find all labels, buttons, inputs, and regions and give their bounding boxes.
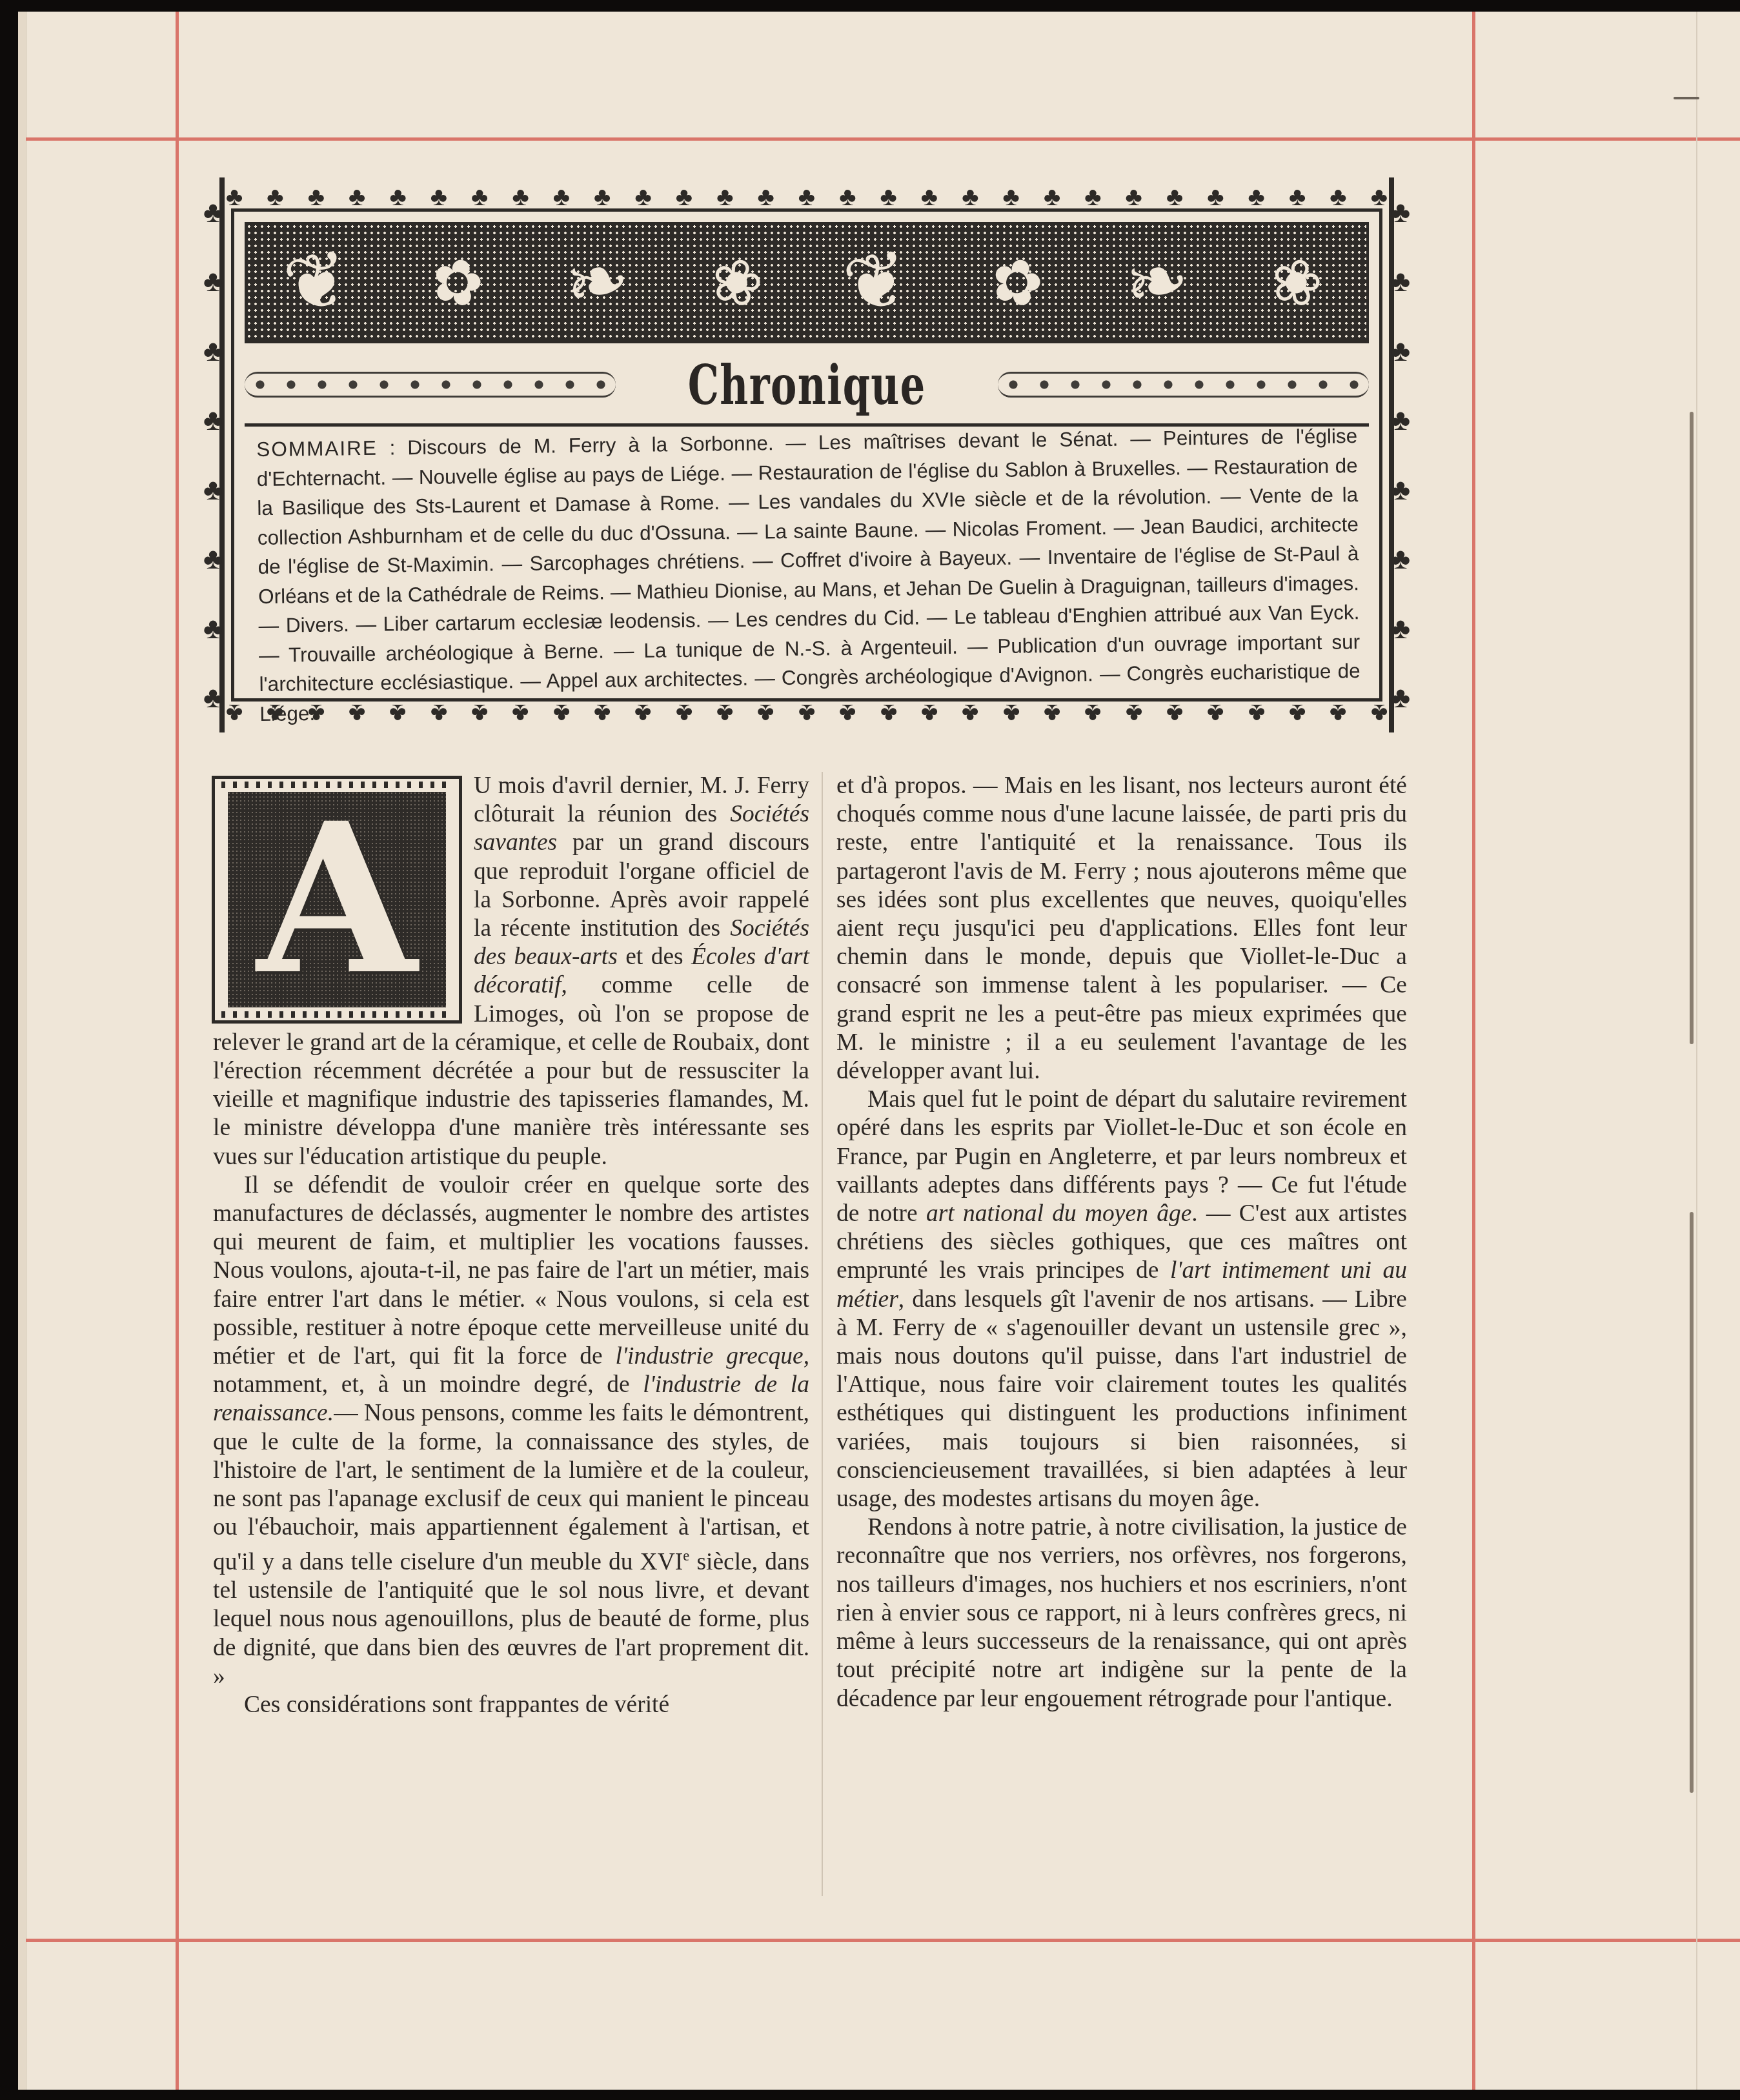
trefoil-icon: ♣ — [1166, 700, 1183, 726]
trefoil-icon: ♣ — [1248, 700, 1265, 726]
trefoil-icon: ♣ — [921, 700, 938, 726]
trefoil-icon: ♣ — [798, 700, 815, 726]
drop-cap-letter: A — [257, 796, 417, 1003]
red-rule-right — [1472, 12, 1475, 2090]
scroll-ornament-left — [245, 372, 616, 398]
article-column-right: et d'à propos. — Mais en les lisant, nos… — [836, 772, 1407, 1713]
floral-ornament-band: ❦✿❧❀❦✿❧❀ — [245, 222, 1369, 343]
trefoil-icon: ♣ — [1330, 184, 1346, 210]
italic-run: art national du moyen âge — [926, 1200, 1191, 1227]
initial-background: A — [228, 792, 446, 1007]
trefoil-icon: ♣ — [676, 700, 693, 726]
trefoil-icon: ♣ — [553, 184, 570, 210]
trefoil-icon: ♣ — [634, 184, 651, 210]
summary-text: : Discours de M. Ferry à la Sorbonne. — … — [257, 424, 1361, 725]
italic-run: l'industrie grecque — [616, 1343, 804, 1369]
trefoil-icon: ♣ — [757, 184, 774, 210]
trefoil-icon: ♣ — [1391, 683, 1410, 712]
paragraph: et d'à propos. — Mais en les lisant, nos… — [836, 772, 1407, 1085]
trefoil-icon: ♣ — [471, 700, 488, 726]
page-gutter-fold — [1696, 12, 1697, 2090]
trefoil-icon: ♣ — [1207, 184, 1224, 210]
trefoil-icon: ♣ — [962, 184, 978, 210]
trefoil-icon: ♣ — [1391, 614, 1410, 643]
trefoil-icon: ♣ — [1289, 700, 1306, 726]
paragraph: Rendons à notre patrie, à notre civilisa… — [836, 1513, 1407, 1713]
trefoil-icon: ♣ — [1126, 184, 1142, 210]
paragraph: Ces considérations sont frappantes de vé… — [213, 1691, 809, 1719]
summary-block: SOMMAIRE : Discours de M. Ferry à la Sor… — [256, 421, 1361, 729]
trefoil-icon: ♣ — [1207, 700, 1224, 726]
trefoil-icon: ♣ — [1084, 184, 1101, 210]
trefoil-icon: ♣ — [1289, 184, 1306, 210]
trefoil-icon: ♣ — [962, 700, 978, 726]
scroll-ornament-right — [998, 372, 1369, 398]
trefoil-icon: ♣ — [798, 184, 815, 210]
trefoil-icon: ♣ — [203, 336, 223, 366]
trefoil-icon: ♣ — [226, 700, 243, 726]
trefoil-icon: ♣ — [921, 184, 938, 210]
trefoil-icon: ♣ — [203, 267, 223, 296]
trefoil-icon: ♣ — [1166, 184, 1183, 210]
trefoil-icon: ♣ — [512, 700, 529, 726]
binding-stitch — [1690, 412, 1694, 1044]
chronique-header: ♣ ♣ ♣ ♣ ♣ ♣ ♣ ♣ ♣ ♣ ♣ ♣ ♣ ♣ ♣ ♣ ♣ ♣ ♣ ♣ … — [200, 171, 1413, 739]
trefoil-icon: ♣ — [1330, 700, 1346, 726]
article-column-left: A U mois d'avril dernier, M. J. Ferry cl… — [213, 772, 809, 1719]
trefoil-icon: ♣ — [203, 614, 223, 643]
trefoil-icon: ♣ — [716, 700, 733, 726]
red-rule-top — [26, 137, 1740, 141]
binding-stitch — [1690, 1212, 1694, 1793]
trefoil-icon: ♣ — [349, 184, 365, 210]
floral-scroll-icon: ❦✿❧❀❦✿❧❀ — [247, 234, 1366, 332]
trefoil-icon: ♣ — [594, 184, 611, 210]
trefoil-icon: ♣ — [1391, 405, 1410, 435]
red-rule-left — [176, 12, 179, 2090]
column-divider — [822, 772, 823, 1896]
trefoil-icon: ♣ — [1391, 267, 1410, 296]
trefoil-icon: ♣ — [553, 700, 570, 726]
trefoil-icon: ♣ — [676, 184, 693, 210]
trefoil-icon: ♣ — [1391, 475, 1410, 505]
trefoil-icon: ♣ — [1044, 700, 1060, 726]
trefoil-icon: ♣ — [267, 700, 283, 726]
trefoil-icon: ♣ — [430, 184, 447, 210]
trefoil-icon: ♣ — [1391, 544, 1410, 574]
trefoil-icon: ♣ — [1126, 700, 1142, 726]
trefoil-row-top: ♣ ♣ ♣ ♣ ♣ ♣ ♣ ♣ ♣ ♣ ♣ ♣ ♣ ♣ ♣ ♣ ♣ ♣ ♣ ♣ … — [226, 171, 1388, 210]
paragraph: Il se défendit de vouloir créer en quelq… — [213, 1171, 809, 1691]
trefoil-icon: ♣ — [1003, 700, 1020, 726]
section-title: Chronique — [688, 353, 926, 417]
trefoil-icon: ♣ — [203, 475, 223, 505]
side-vine-left: ♣ ♣ ♣ ♣ ♣ ♣ ♣ ♣ — [194, 177, 232, 732]
trefoil-icon: ♣ — [308, 184, 325, 210]
trefoil-icon: ♣ — [430, 700, 447, 726]
summary-lead: SOMMAIRE — [256, 436, 378, 461]
trefoil-icon: ♣ — [1044, 184, 1060, 210]
trefoil-row-bottom: ♣ ♣ ♣ ♣ ♣ ♣ ♣ ♣ ♣ ♣ ♣ ♣ ♣ ♣ ♣ ♣ ♣ ♣ ♣ ♣ … — [226, 700, 1388, 739]
trefoil-icon: ♣ — [389, 184, 406, 210]
trefoil-icon: ♣ — [1391, 197, 1410, 227]
superscript: e — [683, 1548, 689, 1564]
trefoil-icon: ♣ — [594, 700, 611, 726]
trefoil-icon: ♣ — [757, 700, 774, 726]
page-mark — [1674, 97, 1699, 99]
trefoil-icon: ♣ — [1003, 184, 1020, 210]
trefoil-icon: ♣ — [1084, 700, 1101, 726]
trefoil-icon: ♣ — [203, 197, 223, 227]
trefoil-icon: ♣ — [1371, 700, 1388, 726]
trefoil-icon: ♣ — [267, 184, 283, 210]
page-edge — [18, 12, 26, 2090]
trefoil-icon: ♣ — [1248, 184, 1265, 210]
text-run: et des — [618, 944, 691, 970]
red-rule-bottom — [26, 1939, 1740, 1942]
trefoil-icon: ♣ — [512, 184, 529, 210]
trefoil-icon: ♣ — [880, 700, 897, 726]
trefoil-icon: ♣ — [203, 683, 223, 712]
header-frame: ❦✿❧❀❦✿❧❀ Chronique SOMMAIRE : Discours d… — [231, 208, 1382, 702]
trefoil-icon: ♣ — [308, 700, 325, 726]
trefoil-icon: ♣ — [471, 184, 488, 210]
illuminated-initial-a-icon: A — [212, 776, 462, 1024]
trefoil-icon: ♣ — [389, 700, 406, 726]
trefoil-icon: ♣ — [349, 700, 365, 726]
text-run: , dans lesquels gît l'avenir de nos arti… — [836, 1286, 1407, 1512]
trefoil-icon: ♣ — [716, 184, 733, 210]
trefoil-icon: ♣ — [880, 184, 897, 210]
title-row: Chronique — [245, 346, 1369, 427]
trefoil-icon: ♣ — [839, 184, 856, 210]
side-vine-right: ♣ ♣ ♣ ♣ ♣ ♣ ♣ ♣ — [1381, 177, 1420, 732]
trefoil-icon: ♣ — [203, 405, 223, 435]
trefoil-icon: ♣ — [203, 544, 223, 574]
text-run: Il se défendit de vouloir créer en quelq… — [213, 1172, 809, 1369]
trefoil-icon: ♣ — [839, 700, 856, 726]
trefoil-icon: ♣ — [1391, 336, 1410, 366]
trefoil-icon: ♣ — [634, 700, 651, 726]
paragraph: Mais quel fut le point de départ du salu… — [836, 1085, 1407, 1513]
